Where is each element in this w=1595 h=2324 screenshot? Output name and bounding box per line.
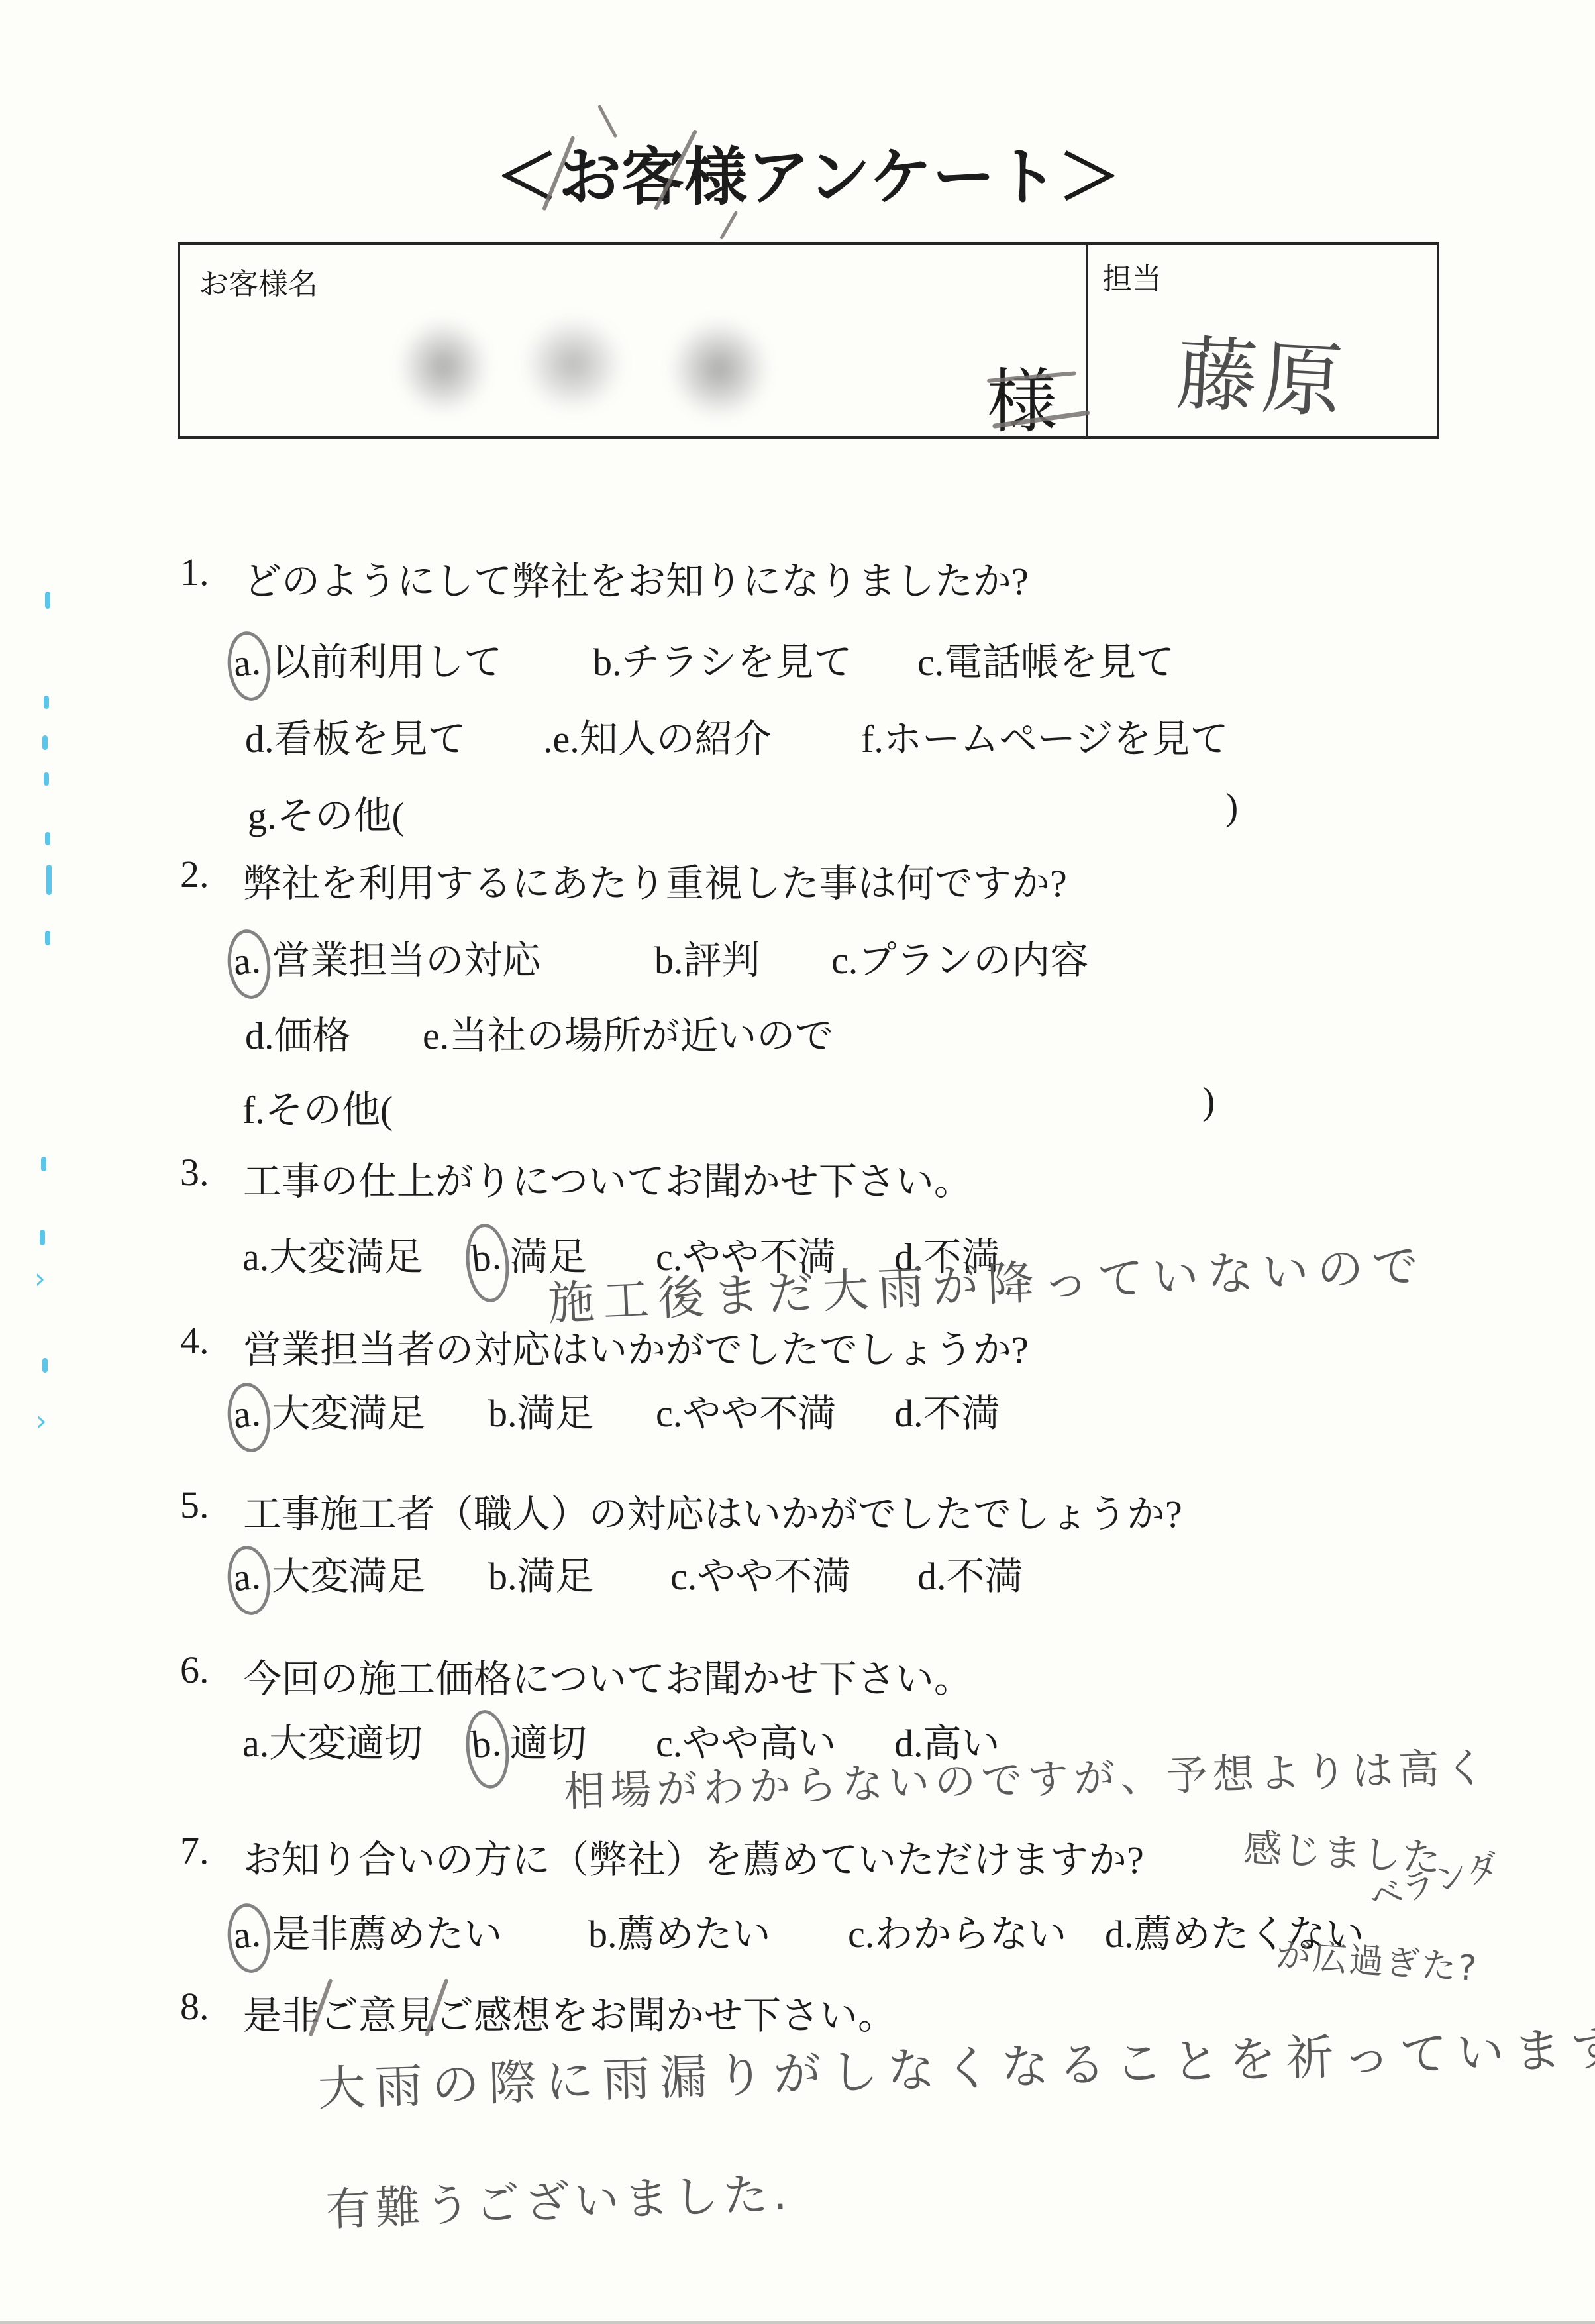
option-a: a.以前利用して <box>236 631 502 686</box>
pencil-circle: a. <box>225 1901 274 1975</box>
option-e: e.当社の場所が近いので <box>423 1004 833 1060</box>
question-number: 3. <box>180 1150 209 1194</box>
scan-artifact <box>46 865 52 895</box>
option-c: c.電話帳を見て <box>917 631 1174 686</box>
scan-artifact <box>40 1230 45 1245</box>
option-a: a.大変適切 <box>242 1712 423 1768</box>
option-e: .e.知人の紹介 <box>543 708 772 763</box>
honorific-sama: 様 <box>987 346 1057 447</box>
scan-artifact: › <box>36 1404 47 1437</box>
scan-artifact <box>45 832 50 845</box>
scanned-survey-page: ＜お客様アンケート＞ お客様名 様 担当 藤原 1. どのようにして弊社をお知り… <box>0 0 1595 2324</box>
staff-name-handwritten: 藤原 <box>1174 309 1350 433</box>
option-d: d.不満 <box>894 1382 1000 1438</box>
scan-artifact: › <box>34 1262 46 1294</box>
option-c: c.やや不満 <box>670 1545 850 1601</box>
customer-name-redacted <box>387 303 792 429</box>
option-f: f.その他( <box>242 1079 393 1134</box>
option-b: b.評判 <box>654 929 760 984</box>
option-c: c.やや不満 <box>656 1382 836 1438</box>
option-b: b.チラシを見て <box>593 631 852 686</box>
question-text: 今回の施工価格についてお聞かせ下さい。 <box>243 1648 972 1703</box>
pencil-circle: a. <box>225 1544 274 1617</box>
question-number: 6. <box>180 1648 209 1692</box>
question-text: 弊社を利用するにあたり重視した事は何ですか? <box>243 852 1067 908</box>
question-number: 7. <box>180 1828 209 1873</box>
customer-name-label: お客様名 <box>199 260 318 303</box>
question-number: 8. <box>180 1984 209 2029</box>
question-number: 4. <box>180 1318 209 1363</box>
scan-artifact <box>42 1358 48 1373</box>
option-c: c.わからない <box>848 1903 1066 1958</box>
question-number: 5. <box>180 1483 209 1527</box>
scan-artifact <box>44 772 49 786</box>
option-c: c.プランの内容 <box>831 929 1088 984</box>
close-paren: ) <box>1202 1079 1215 1123</box>
option-b: b.満足 <box>488 1545 594 1601</box>
pencil-circle: b. <box>462 1708 513 1791</box>
option-b: b.薦めたい <box>588 1903 771 1958</box>
handwritten-note-q7-line2: が広過ぎた? <box>1275 1927 1480 1990</box>
question-text: 工事施工者（職人）の対応はいかがでしたでしょうか? <box>243 1483 1182 1538</box>
option-d: d.価格 <box>245 1004 351 1060</box>
question-number: 1. <box>180 550 209 594</box>
customer-info-box: お客様名 様 担当 藤原 <box>178 242 1439 439</box>
page-title: ＜お客様アンケート＞ <box>495 127 1121 217</box>
scan-artifact <box>45 931 50 945</box>
question-text: 営業担当者の対応はいかがでしたでしょうか? <box>243 1318 1029 1374</box>
option-f: f.ホームページを見て <box>861 708 1229 763</box>
option-a: a.是非薦めたい <box>236 1903 502 1958</box>
pencil-circle: a. <box>225 629 274 703</box>
scan-bottom-edge <box>0 2321 1595 2324</box>
box-divider <box>1086 245 1088 436</box>
scan-artifact <box>45 592 50 609</box>
question-text: お知り合いの方に（弊社）を薦めていただけますか? <box>243 1828 1144 1884</box>
staff-label: 担当 <box>1102 254 1162 297</box>
pencil-circle: a. <box>225 1381 274 1454</box>
scan-artifact <box>41 1157 46 1171</box>
question-text: どのようにして弊社をお知りになりましたか? <box>243 550 1029 606</box>
option-b: b.満足 <box>488 1382 594 1438</box>
question-number: 2. <box>180 852 209 896</box>
option-d: d.不満 <box>917 1545 1023 1601</box>
option-a: a.大変満足 <box>236 1382 425 1438</box>
question-text: 是非ご意見ご感想をお聞かせ下さい。 <box>243 1984 896 2040</box>
option-a: a.営業担当の対応 <box>236 929 540 984</box>
question-text: 工事の仕上がりについてお聞かせ下さい。 <box>243 1150 972 1206</box>
option-a: a.大変満足 <box>236 1545 425 1601</box>
option-g: g.その他( <box>248 784 405 840</box>
option-d: d.看板を見て <box>245 708 466 763</box>
scan-artifact <box>42 735 48 750</box>
close-paren: ) <box>1225 784 1238 829</box>
scan-artifact <box>44 696 49 709</box>
pencil-circle: a. <box>225 927 274 1001</box>
handwritten-closing: 有難うございました. <box>325 2158 793 2238</box>
pencil-circle: b. <box>462 1222 513 1304</box>
option-a: a.大変満足 <box>242 1226 423 1281</box>
